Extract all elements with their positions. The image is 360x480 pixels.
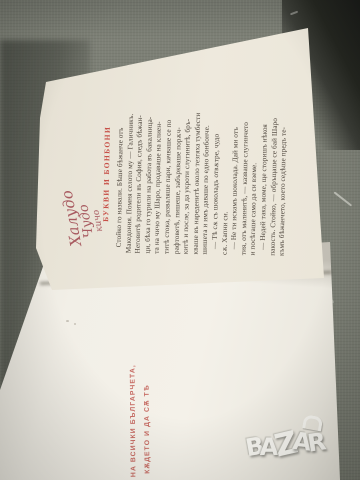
dedication-line: НА ВСИЧКИ БЪЛГАРЧЕТА, [127, 381, 142, 477]
watermark-letter: R [306, 428, 326, 458]
dedication-line: КѪДЕТО И ДА СѪ ТѢ [141, 381, 156, 477]
dedication-block: НА ВСИЧКИ БЪЛГАРЧЕТА, КѪДЕТО И ДА СѪ ТѢ [127, 381, 160, 477]
paper-speck [74, 323, 76, 325]
watermark-text: BAZAR [245, 435, 323, 459]
bazar-watermark: BAZAR [244, 421, 347, 478]
paper-speck [66, 320, 69, 322]
story-text: Стойко го назвали. Бѣше бѣжанче отъМакед… [115, 95, 290, 256]
page-text-block: Халудо Чудо кичо БУКВИ И БОНБОНИ Стойко … [53, 94, 292, 256]
photo-scene: НА ВСИЧКИ БЪЛГАРЧЕТА, КѪДЕТО И ДА СѪ ТѢ … [0, 0, 360, 480]
